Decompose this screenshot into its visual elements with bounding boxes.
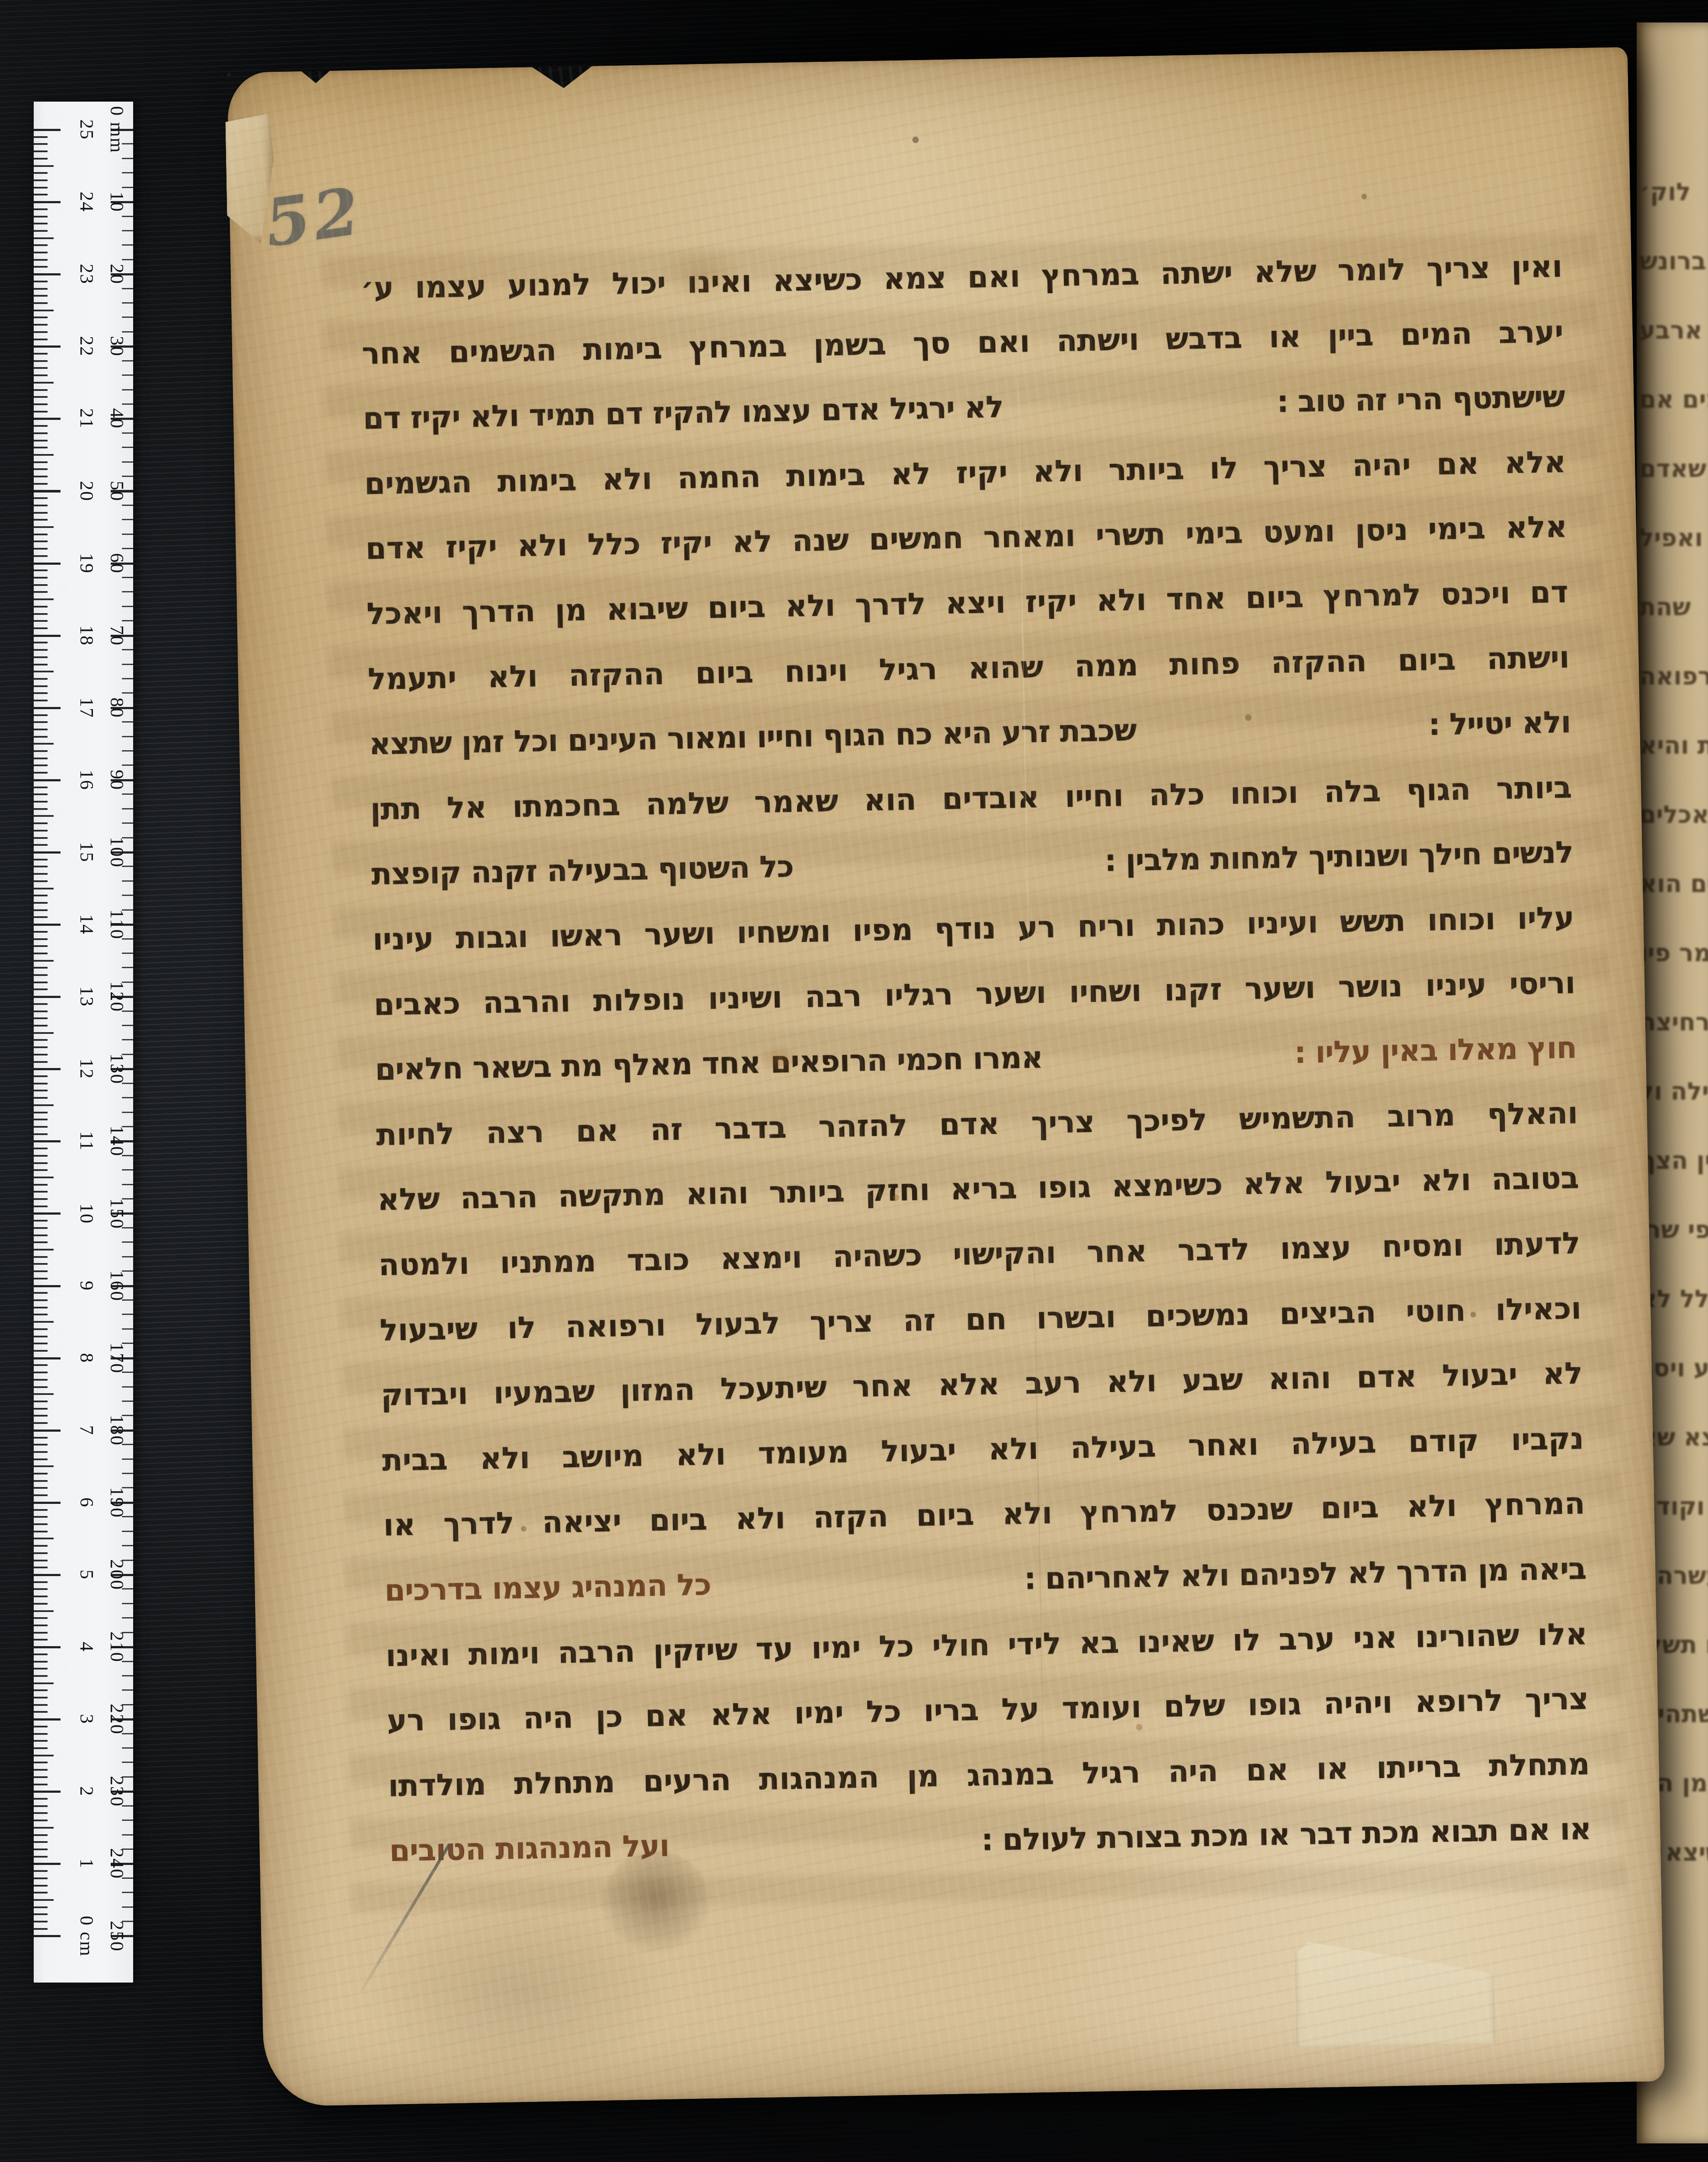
adjacent-page-line-fragment: אות והיא [1639,732,1708,760]
ruler-mm-label: 250 [106,1921,128,1952]
adjacent-page-line-fragment: לוק׳ [1639,178,1691,206]
ruler-right-10mm-ticks [111,129,133,1937]
ruler-cm-label: 1 [76,1858,98,1869]
ruler-cm-label: 10 [76,1203,98,1224]
ruler-mm-label: 210 [106,1631,128,1663]
adjacent-page-line-fragment: ימים אם [1639,386,1708,414]
adjacent-page-line-fragment: ד כמו ארבע [1639,317,1708,345]
ruler-cm-label: 8 [76,1353,98,1363]
text-block: ואיןצריךלומרשלאישתהבמרחץואםצמאכשיצאואינו… [360,234,1592,1884]
ruler-cm-label: 19 [76,553,98,574]
ruler-mm-label: 50 [106,481,128,502]
ruler-mm-label: 100 [106,837,128,868]
ruler-mm-label: 170 [106,1343,128,1374]
ruler-cm-label: 9 [76,1281,98,1291]
ink-specks [227,73,231,77]
ruler-mm-label: 180 [106,1415,128,1446]
ruler-mm-label: 230 [106,1776,128,1807]
ruler-cm-label: 23 [76,264,98,285]
ruler-5mm-ticks [34,129,54,1937]
ruler-mm-label: 140 [106,1126,128,1157]
ruler-mm-label: 200 [106,1559,128,1590]
adjacent-page-line-fragment: שי מאכלים [1639,801,1708,829]
ruler-cm-label: 3 [76,1714,98,1724]
ruler-cm-label: 14 [76,914,98,935]
top-edge-notch [530,64,595,89]
folio-number: 52 [260,173,367,262]
adjacent-page-line-fragment: פי הרפואה [1639,662,1708,691]
adjacent-page-line-fragment: חי ברונש [1639,247,1708,275]
ruler-cm-label: 11 [76,1131,98,1151]
ruler-right-2mm-ticks [122,129,133,1937]
ruler-mm-label: 120 [106,981,128,1012]
smudge [364,1898,679,2085]
ruler-mm-ticks [34,129,48,1937]
adjacent-page-line-fragment: שומר פיו [1639,939,1708,967]
ruler-cm-label: 16 [76,770,98,790]
adjacent-page-line-fragment: הרחיצה [1639,1008,1708,1036]
ruler-mm-label: 90 [106,770,128,790]
adjacent-page-line-fragment: רין הצף [1639,1147,1708,1175]
top-edge-notch-small [300,70,331,83]
ruler-cm-label: 4 [76,1642,98,1652]
ruler-cm-label: 0 cm [76,1916,98,1957]
ruler-mm-label: 160 [106,1270,128,1302]
adjacent-page-line-fragment: חזק ואפיל [1639,524,1708,552]
photo-stage: 250 mm2410232022302140205019601870178016… [0,0,1708,2162]
ruler-mm-label: 220 [106,1704,128,1735]
repair-patch [1294,1924,1495,2047]
ruler-mm-label: 110 [106,909,128,940]
ruler-cm-label: 18 [76,625,98,646]
ruler-cm-label: 22 [76,336,98,357]
ruler-cm-label: 15 [76,842,98,863]
ruler-mm-label: 0 mm [106,106,128,153]
ruler-mm-label: 40 [106,408,128,429]
adjacent-page-line-fragment: כפי שרי [1639,1216,1708,1244]
ruler-cm-label: 2 [76,1786,98,1797]
adjacent-page-line-fragment: בילה ול [1639,1078,1708,1106]
ruler-10mm-ticks [34,129,61,1937]
ruler-mm-label: 240 [106,1848,128,1879]
manuscript-page: 52 ואיןצריךלומרשלאישתהבמרחץואםצמאכשיצאוא… [227,47,1665,2107]
ruler-cm-label: 17 [76,697,98,718]
ruler-mm-label: 80 [106,697,128,718]
ruler-cm-label: 24 [76,192,98,212]
ruler-cm-label: 5 [76,1570,98,1580]
ruler-mm-label: 10 [106,192,128,212]
measuring-ruler: 250 mm2410232022302140205019601870178016… [34,102,133,1983]
ruler-mm-label: 30 [106,336,128,357]
adjacent-page-line-fragment: ל זמן שאדם [1639,455,1708,483]
ruler-cm-label: 20 [76,481,98,502]
ruler-mm-label: 130 [106,1053,128,1084]
adjacent-page-line-fragment: שהת [1639,593,1691,621]
adjacent-page-line-fragment: טובים הוא [1639,870,1708,898]
ruler-mm-label: 20 [106,264,128,285]
ruler-mm-label: 70 [106,625,128,646]
ruler-cm-label: 13 [76,986,98,1007]
ruler-cm-label: 6 [76,1497,98,1508]
ruler-cm-label: 25 [76,119,98,140]
ruler-cm-label: 21 [76,408,98,429]
ruler-cm-label: 12 [76,1059,98,1079]
ruler-cm-label: 7 [76,1425,98,1436]
ruler-mm-label: 190 [106,1487,128,1518]
ruler-mm-label: 150 [106,1198,128,1229]
ruler-mm-label: 60 [106,553,128,574]
